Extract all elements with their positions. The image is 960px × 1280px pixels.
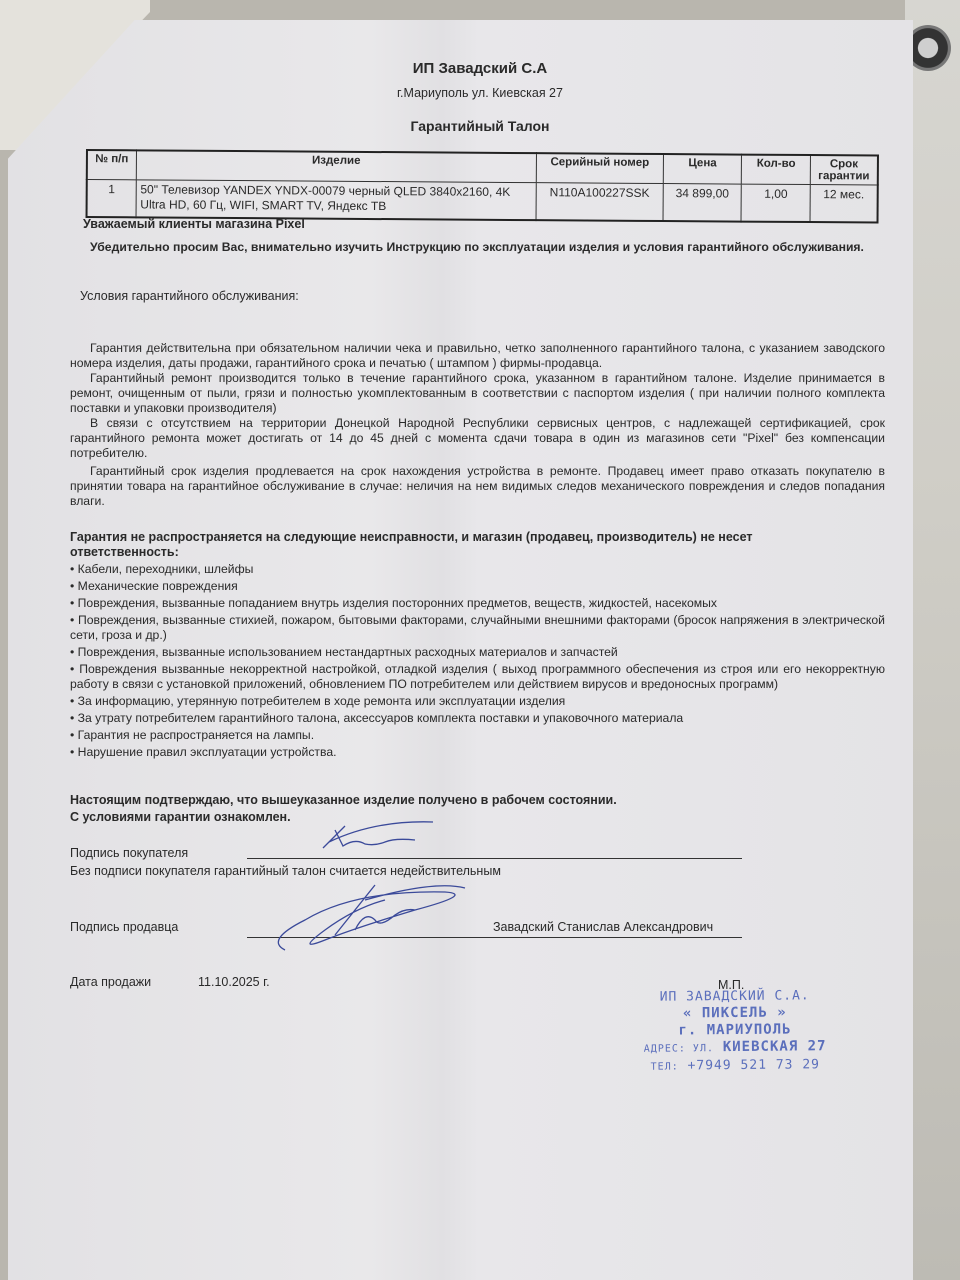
condition-paragraph: В связи с отсутствием на территории Доне… (70, 416, 885, 461)
cell-item: 50" Телевизор YANDEX YNDX-00079 черный Q… (136, 180, 537, 220)
cell-serial: N110A100227SSK (536, 183, 663, 221)
stamp-phone-prefix: ТЕЛ: (651, 1061, 679, 1072)
exclusion-item: Повреждения, вызванные использованием не… (70, 645, 885, 660)
buyer-signature (315, 818, 435, 856)
condition-paragraph: Гарантийный срок изделия продлевается на… (70, 464, 885, 509)
stamp-line-1: ИП ЗАВАДСКИЙ С.А. (620, 987, 850, 1006)
stamp-phone: +7949 521 73 29 (687, 1057, 820, 1073)
buyer-signature-line[interactable] (247, 858, 742, 859)
exclusion-item: Повреждения, вызванные стихией, пожаром,… (70, 613, 885, 643)
warranty-document: ИП Завадский С.А г.Мариуполь ул. Киевска… (0, 0, 960, 1280)
document-title: Гарантийный Талон (0, 118, 960, 134)
exclusion-item: За информацию, утерянную потребителем в … (70, 694, 885, 709)
stamp-line-3: г. МАРИУПОЛЬ (620, 1021, 850, 1040)
condition-paragraph: Гарантия действительна при обязательном … (70, 341, 885, 371)
sale-date-label: Дата продажи (70, 975, 151, 989)
exclusion-item: Механические повреждения (70, 579, 885, 594)
seller-signature (265, 880, 475, 955)
col-term: Срок гарантии (810, 155, 878, 185)
exclusions-list: Кабели, переходники, шлейфы Механические… (70, 562, 885, 762)
cell-price: 34 899,00 (663, 184, 742, 222)
stamp-address: КИЕВСКАЯ 27 (723, 1038, 827, 1055)
intro-text: Убедительно просим Вас, внимательно изуч… (70, 240, 885, 255)
seller-name: Завадский Станислав Александрович (493, 920, 713, 934)
greeting: Уважаемый клиенты магазина Pixel (83, 217, 898, 232)
exclusion-item: Гарантия не распространяется на лампы. (70, 728, 885, 743)
exclusion-item: За утрату потребителем гарантийного тало… (70, 711, 885, 726)
exclusion-item: Повреждения вызванные некорректной настр… (70, 662, 885, 692)
confirmation-line-2: С условиями гарантии ознакомлен. (70, 810, 885, 825)
conditions-list: Гарантия действительна при обязательном … (70, 341, 885, 509)
cell-number: 1 (87, 180, 136, 218)
seller-signature-label: Подпись продавца (70, 920, 178, 934)
col-qty: Кол-во (742, 155, 811, 185)
col-item: Изделие (136, 150, 537, 182)
buyer-signature-label: Подпись покупателя (70, 846, 188, 860)
exclusion-item: Кабели, переходники, шлейфы (70, 562, 885, 577)
buyer-signature-note: Без подписи покупателя гарантийный талон… (70, 864, 501, 878)
product-table: № п/п Изделие Серийный номер Цена Кол-во… (86, 149, 879, 224)
company-address: г.Мариуполь ул. Киевская 27 (0, 86, 960, 100)
col-price: Цена (663, 154, 742, 184)
company-stamp: ИП ЗАВАДСКИЙ С.А. « ПИКСЕЛЬ » г. МАРИУПО… (620, 987, 851, 1076)
conditions-heading: Условия гарантийного обслуживания: (80, 289, 895, 304)
col-number: № п/п (87, 150, 136, 180)
exclusions-heading: Гарантия не распространяется на следующи… (70, 530, 830, 560)
col-serial: Серийный номер (536, 153, 663, 183)
stamp-line-2: « ПИКСЕЛЬ » (620, 1004, 850, 1023)
company-name: ИП Завадский С.А (0, 60, 960, 77)
sale-date-value: 11.10.2025 г. (198, 975, 270, 989)
exclusion-item: Нарушение правил эксплуатации устройства… (70, 745, 885, 760)
exclusion-item: Повреждения, вызванные попаданием внутрь… (70, 596, 885, 611)
confirmation-line-1: Настоящим подтверждаю, что вышеуказанное… (70, 793, 885, 808)
condition-paragraph: Гарантийный ремонт производится только в… (70, 371, 885, 416)
stamp-address-prefix: АДРЕС: УЛ. (644, 1043, 714, 1055)
